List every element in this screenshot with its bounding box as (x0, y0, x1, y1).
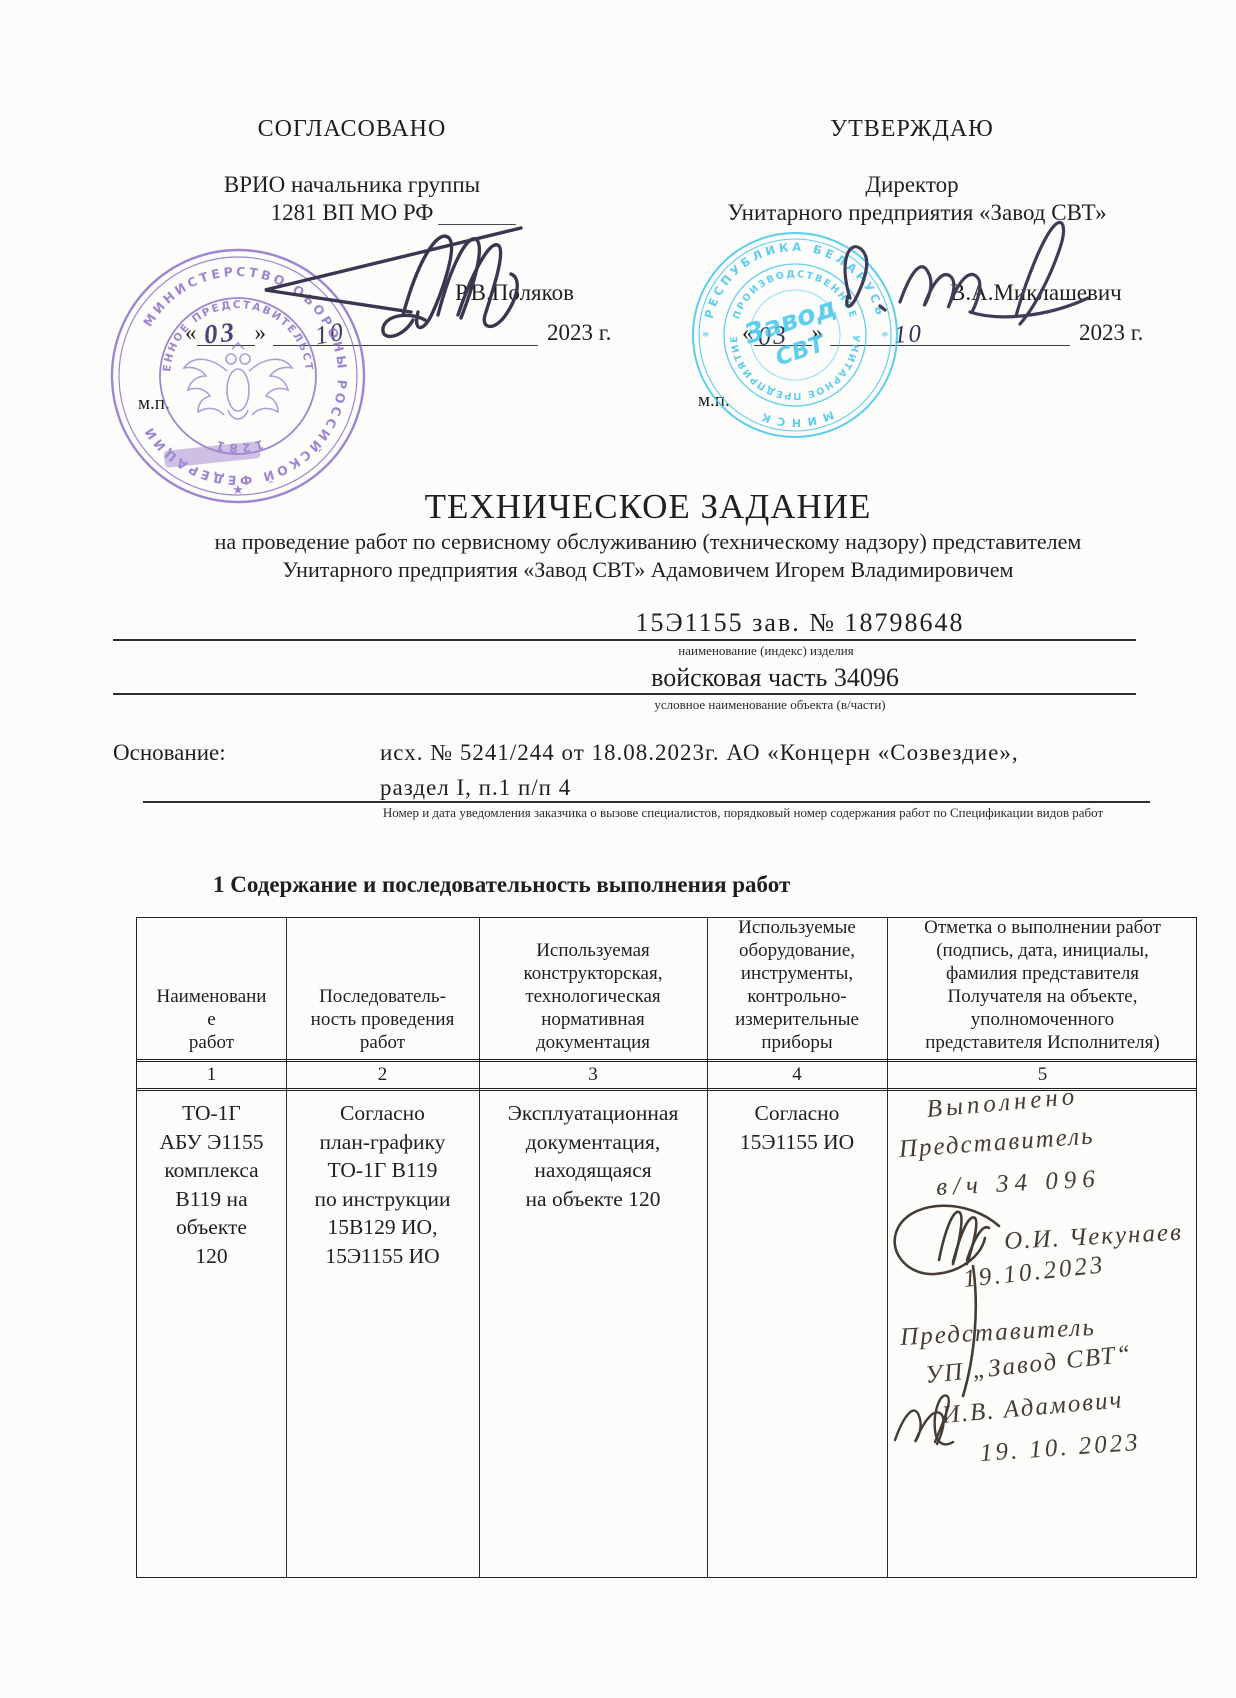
date-line-left: « 03 » 10 2023 г. (185, 318, 611, 346)
handwritten-note: О.И. Чекунаев (1004, 1219, 1184, 1256)
handwritten-month-left: 10 (313, 317, 348, 352)
column-number: 4 (707, 1062, 887, 1088)
body-cell-work-name: ТО-1Г АБУ Э1155 комплекса В119 на объект… (137, 1091, 286, 1577)
product-caption: наименование (индекс) изделия (266, 643, 1236, 659)
body-cell-sequence: Согласно план-графику ТО-1Г В119 по инст… (286, 1091, 479, 1577)
handwritten-day-left: 03 (202, 316, 238, 350)
role-line1-left: ВРИО начальника группы (132, 172, 572, 198)
role-line2-right: Унитарного предприятия «Завод СВТ» (672, 200, 1162, 226)
stamp-smudge (163, 441, 260, 468)
signer-name-right: В.А.Миклашевич (950, 280, 1122, 306)
role-underline-left (438, 224, 516, 225)
handwritten-note: в/ч 34 096 (936, 1165, 1102, 1202)
role-line1-right: Директор (692, 172, 1132, 198)
stamp-outer-bottom-text: МИНСК (754, 408, 835, 429)
basis-caption: Номер и дата уведомления заказчика о выз… (288, 805, 1198, 821)
document-subtitle-2: Унитарного предприятия «Завод СВТ» Адамо… (88, 557, 1208, 583)
military-representative-stamp: МИНИСТЕРСТВО ОБОРОНЫ РОССИЙСКОЙ ФЕДЕРАЦИ… (106, 244, 370, 508)
approve-status-right: УТВЕРЖДАЮ (692, 116, 1132, 143)
scanned-document-page: СОГЛАСОВАНО ВРИО начальника группы 1281 … (0, 0, 1236, 1698)
product-index-value: 15Э1155 зав. № 18798648 (300, 608, 1236, 638)
month-line-right: 10 (830, 318, 1070, 346)
work-table: Наименовани е работ Последователь- ность… (136, 917, 1197, 1578)
column-number: 2 (286, 1062, 479, 1088)
stamp-inner-ring-text: ВОЕННОЕ ПРЕДСТАВИТЕЛЬСТВО (106, 244, 315, 373)
stamp-outer-ring-text: МИНИСТЕРСТВО ОБОРОНЫ РОССИЙСКОЙ ФЕДЕРАЦИ… (140, 264, 350, 488)
svg-text:ВОЕННОЕ ПРЕДСТАВИТЕЛЬСТВО: ВОЕННОЕ ПРЕДСТАВИТЕЛЬСТВО (106, 244, 315, 373)
double-eagle-emblem (184, 343, 292, 419)
month-line-left: 10 (273, 318, 538, 346)
form-line-product (113, 639, 1136, 641)
stamp-star-left: * (702, 329, 710, 345)
basis-label: Основание: (113, 740, 226, 766)
column-number: 3 (479, 1062, 707, 1088)
stamp-place-label-right: м.п. (698, 390, 730, 412)
quote-open: « (742, 320, 754, 346)
day-slot-left: 03 (197, 318, 255, 346)
military-unit-value: войсковая часть 34096 (275, 663, 1236, 693)
header-cell-documentation: Используемая конструкторская, технологич… (479, 918, 707, 1059)
stamp-number: 1281 (211, 437, 265, 455)
unit-caption: условное наименование объекта (в/части) (270, 697, 1236, 713)
handwritten-note: 19. 10. 2023 (979, 1429, 1142, 1468)
header-cell-equipment: Используемые оборудование, инструменты, … (707, 918, 887, 1059)
approved-status-left: СОГЛАСОВАНО (132, 116, 572, 143)
body-cell-documentation: Эксплуатационная документация, находящая… (479, 1091, 707, 1577)
column-number: 5 (887, 1062, 1198, 1088)
date-line-right: « 03 » 10 2023 г. (742, 318, 1143, 346)
form-line-basis (143, 801, 1150, 803)
svg-text:МИНСК: МИНСК (754, 408, 835, 429)
header-cell-sequence: Последователь- ность проведения работ (286, 918, 479, 1059)
year-left: 2023 г. (547, 320, 611, 346)
svg-text:1281: 1281 (211, 437, 265, 455)
stamp-outer-top-text: РЕСПУБЛИКА БЕЛАРУСЬ (702, 240, 889, 320)
stamp-ring2-top-text: ПРОИЗВОДСТВЕННОЕ (731, 269, 858, 321)
handwritten-day-right: 03 (756, 320, 788, 352)
basis-line2: раздел I, п.1 п/п 4 (380, 775, 571, 801)
form-line-unit (113, 693, 1136, 695)
header-cell-completion-mark: Отметка о выполнении работ (подпись, дат… (887, 918, 1198, 1059)
quote-close: » (255, 320, 267, 346)
handwritten-month-right: 10 (893, 320, 923, 349)
basis-line1: исх. № 5241/244 от 18.08.2023г. АО «Конц… (380, 740, 1019, 766)
document-title: ТЕХНИЧЕСКОЕ ЗАДАНИЕ (88, 487, 1208, 527)
signer-name-left: Р.В.Поляков (455, 280, 574, 306)
body-cell-equipment: Согласно 15Э1155 ИО (707, 1091, 887, 1577)
quote-open: « (185, 320, 197, 346)
document-subtitle-1: на проведение работ по сервисному обслуж… (88, 529, 1208, 555)
column-number: 1 (137, 1062, 286, 1088)
stamp-place-label-left: м.п. (138, 393, 170, 415)
svg-text:ПРОИЗВОДСТВЕННОЕ: ПРОИЗВОДСТВЕННОЕ (731, 269, 858, 321)
day-slot-right: 03 (754, 318, 812, 346)
section-heading: 1 Содержание и последовательность выполн… (213, 872, 790, 898)
handwritten-note: Представитель (898, 1122, 1095, 1164)
quote-close: » (812, 320, 824, 346)
svg-text:МИНИСТЕРСТВО ОБОРОНЫ РОССИЙСКО: МИНИСТЕРСТВО ОБОРОНЫ РОССИЙСКОЙ ФЕДЕРАЦИ… (140, 264, 350, 488)
svg-text:РЕСПУБЛИКА БЕЛАРУСЬ: РЕСПУБЛИКА БЕЛАРУСЬ (702, 240, 889, 320)
year-right: 2023 г. (1079, 320, 1143, 346)
header-cell-name: Наименовани е работ (137, 918, 286, 1059)
role-line2-left: 1281 ВП МО РФ (132, 200, 572, 226)
